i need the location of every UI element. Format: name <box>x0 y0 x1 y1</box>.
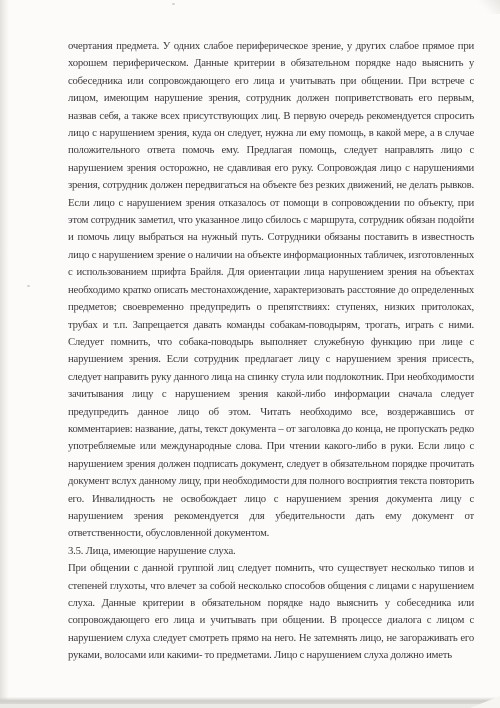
scan-page-bottom-edge <box>0 697 500 704</box>
body-paragraph-hearing: При общении с данной группой лиц следует… <box>68 560 474 664</box>
scan-edge-top-right-shade <box>474 0 500 14</box>
scanner-background-strip <box>0 704 500 708</box>
scan-speck <box>172 3 175 5</box>
scan-speck <box>27 285 30 287</box>
document-text: очертания предмета. У одних слабое периф… <box>68 38 474 665</box>
page-corner-fold <box>470 696 500 708</box>
scan-edge-left-shade <box>0 0 10 708</box>
scanned-page: очертания предмета. У одних слабое периф… <box>0 0 500 708</box>
body-paragraph-continued: очертания предмета. У одних слабое периф… <box>68 38 474 543</box>
section-heading-3-5: 3.5. Лица, имеющие нарушение слуха. <box>68 543 474 560</box>
